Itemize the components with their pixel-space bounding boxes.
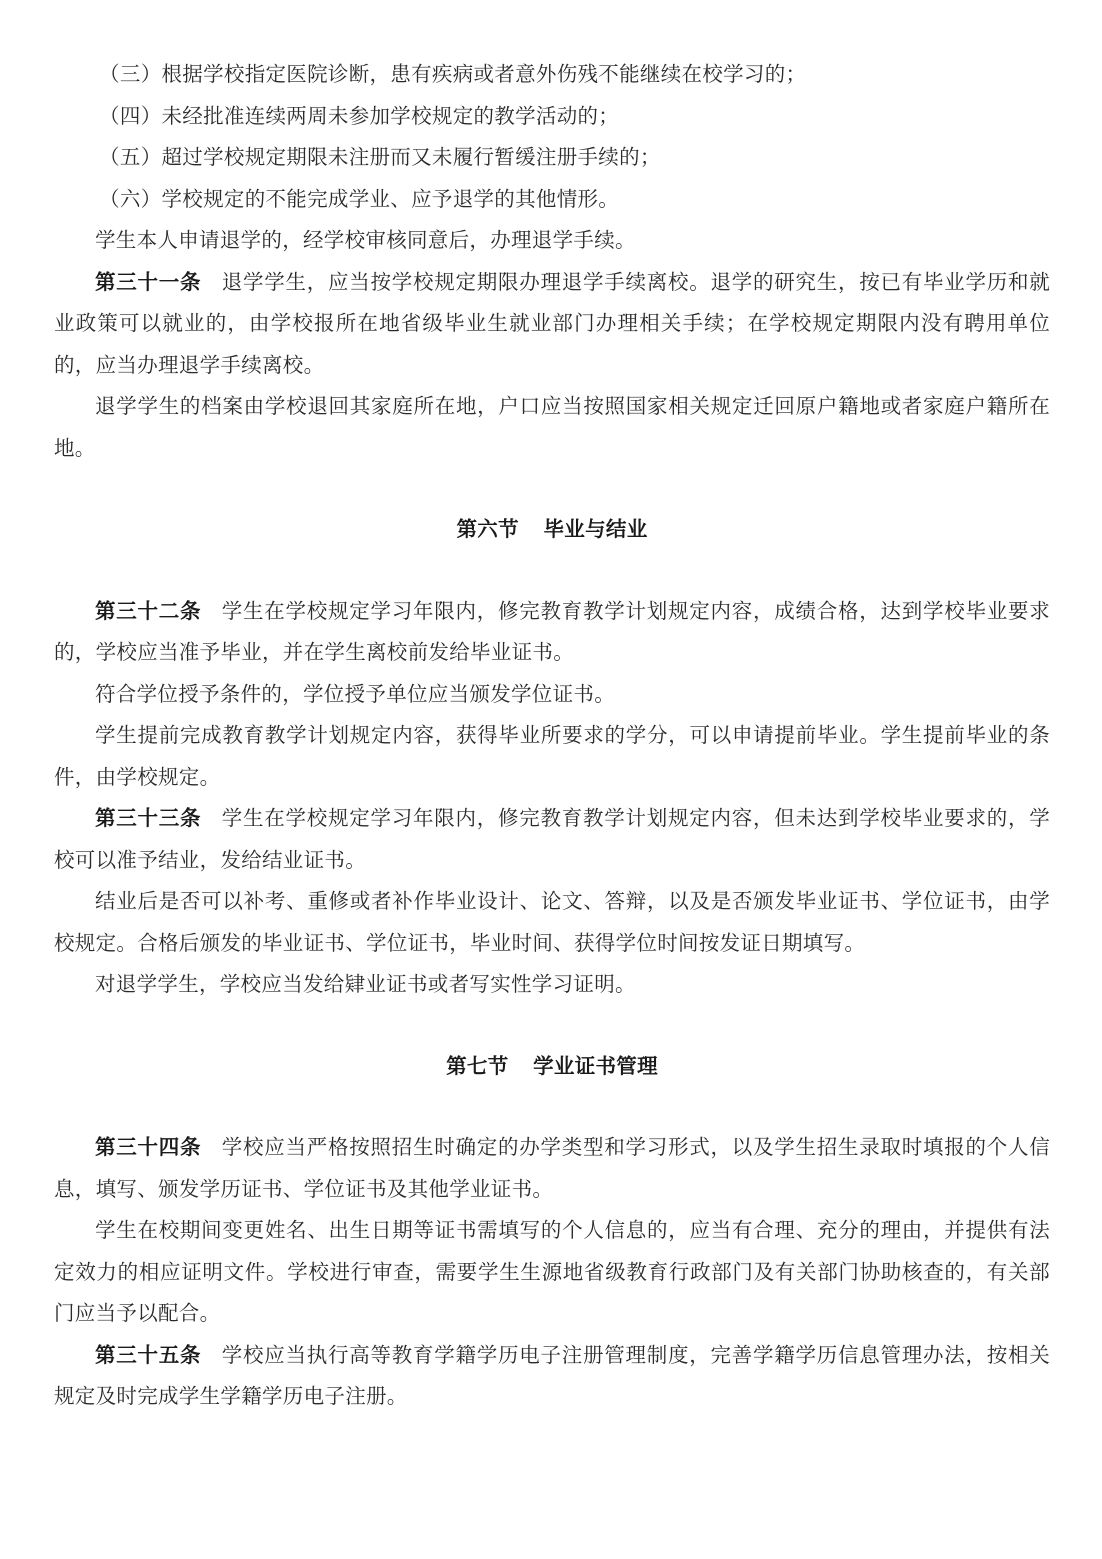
section-number: 第七节 xyxy=(446,1054,508,1078)
document-page: （三）根据学校指定医院诊断，患有疾病或者意外伤残不能继续在校学习的； （四）未经… xyxy=(54,54,1050,1418)
paragraph-withdrawal-application: 学生本人申请退学的，经学校审核同意后，办理退学手续。 xyxy=(54,220,1050,262)
section-title: 毕业与结业 xyxy=(544,517,648,541)
section-number: 第六节 xyxy=(457,517,519,541)
section-heading-6: 第六节毕业与结业 xyxy=(54,509,1050,551)
article-32: 第三十二条学生在学校规定学习年限内，修完教育教学计划规定内容，成绩合格，达到学校… xyxy=(54,591,1050,674)
article-label: 第三十五条 xyxy=(95,1343,201,1367)
article-label: 第三十二条 xyxy=(95,599,201,623)
paragraph-degree: 符合学位授予条件的，学位授予单位应当颁发学位证书。 xyxy=(54,674,1050,716)
section-heading-7: 第七节学业证书管理 xyxy=(54,1046,1050,1088)
list-item-5: （五）超过学校规定期限未注册而又未履行暂缓注册手续的； xyxy=(99,137,1050,179)
article-33: 第三十三条学生在学校规定学习年限内，修完教育教学计划规定内容，但未达到学校毕业要… xyxy=(54,798,1050,881)
paragraph-early-graduation: 学生提前完成教育教学计划规定内容，获得毕业所要求的学分，可以申请提前毕业。学生提… xyxy=(54,715,1050,798)
article-text: 学校应当执行高等教育学籍学历电子注册管理制度，完善学籍学历信息管理办法，按相关规… xyxy=(54,1343,1050,1409)
list-item-4: （四）未经批准连续两周未参加学校规定的教学活动的； xyxy=(99,96,1050,138)
paragraph-personal-info: 学生在校期间变更姓名、出生日期等证书需填写的个人信息的，应当有合理、充分的理由，… xyxy=(54,1210,1050,1335)
article-text: 学校应当严格按照招生时确定的办学类型和学习形式，以及学生招生录取时填报的个人信息… xyxy=(54,1135,1050,1201)
paragraph-archives: 退学学生的档案由学校退回其家庭所在地，户口应当按照国家相关规定迁回原户籍地或者家… xyxy=(54,386,1050,469)
article-label: 第三十一条 xyxy=(95,270,201,294)
article-label: 第三十四条 xyxy=(95,1135,201,1159)
list-item-6: （六）学校规定的不能完成学业、应予退学的其他情形。 xyxy=(99,179,1050,221)
section-title: 学业证书管理 xyxy=(533,1054,658,1078)
list-item-3: （三）根据学校指定医院诊断，患有疾病或者意外伤残不能继续在校学习的； xyxy=(99,54,1050,96)
paragraph-certificate: 对退学学生，学校应当发给肄业证书或者写实性学习证明。 xyxy=(54,964,1050,1006)
article-34: 第三十四条学校应当严格按照招生时确定的办学类型和学习形式，以及学生招生录取时填报… xyxy=(54,1127,1050,1210)
article-text: 退学学生，应当按学校规定期限办理退学手续离校。退学的研究生，按已有毕业学历和就业… xyxy=(54,270,1050,377)
article-35: 第三十五条学校应当执行高等教育学籍学历电子注册管理制度，完善学籍学历信息管理办法… xyxy=(54,1335,1050,1418)
article-text: 学生在学校规定学习年限内，修完教育教学计划规定内容，成绩合格，达到学校毕业要求的… xyxy=(54,599,1050,665)
article-31: 第三十一条退学学生，应当按学校规定期限办理退学手续离校。退学的研究生，按已有毕业… xyxy=(54,262,1050,387)
article-text: 学生在学校规定学习年限内，修完教育教学计划规定内容，但未达到学校毕业要求的，学校… xyxy=(54,806,1050,872)
article-label: 第三十三条 xyxy=(95,806,201,830)
paragraph-completion: 结业后是否可以补考、重修或者补作毕业设计、论文、答辩，以及是否颁发毕业证书、学位… xyxy=(54,881,1050,964)
